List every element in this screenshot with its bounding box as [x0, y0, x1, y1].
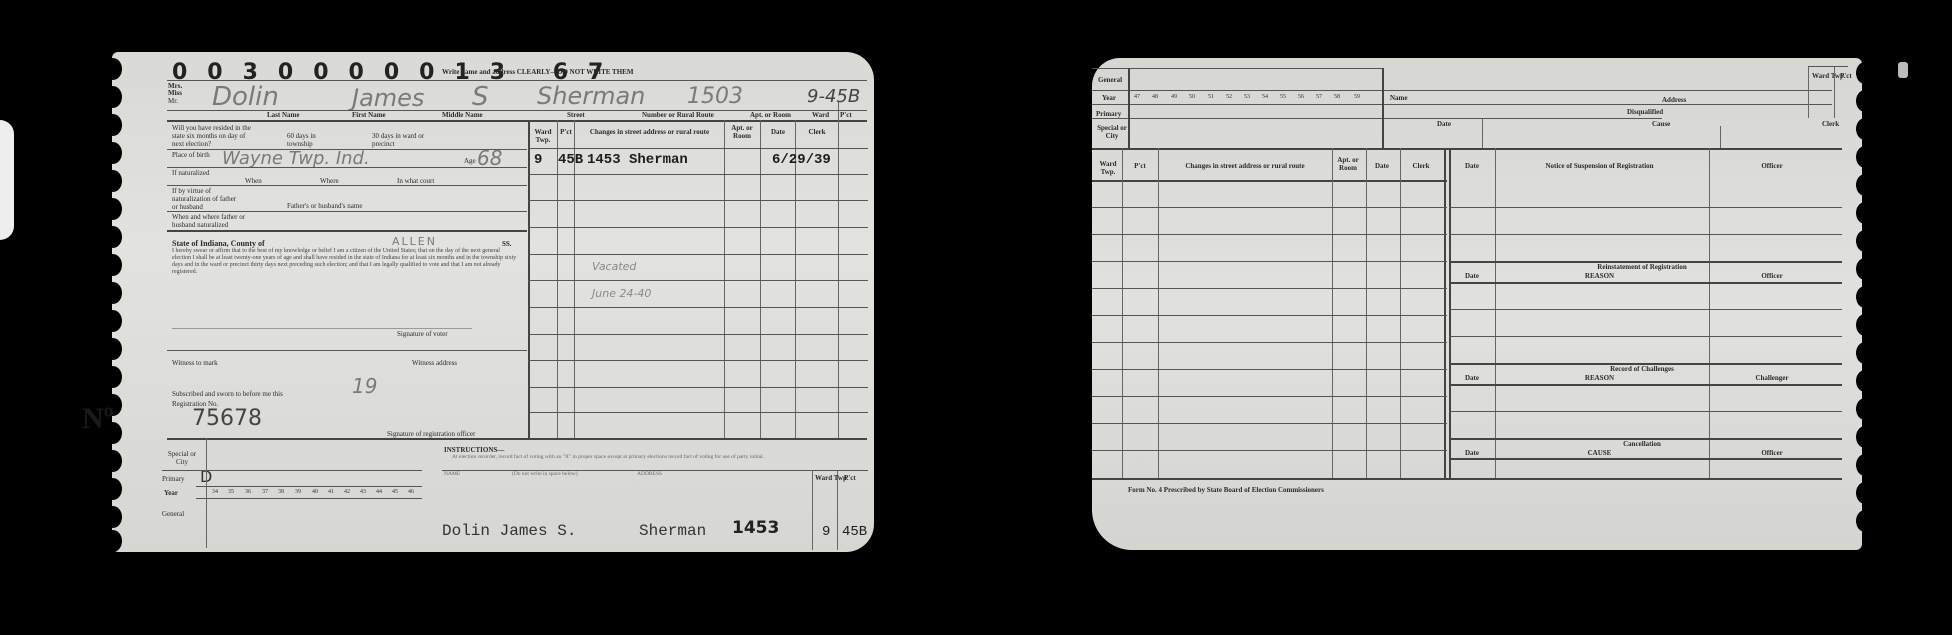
footer-pct: 45B	[842, 524, 867, 540]
first-name-value: James	[352, 84, 424, 112]
ss-label: SS.	[502, 240, 512, 248]
changes-header-date: Date	[762, 128, 794, 136]
last-name-value: Dolin	[212, 82, 279, 112]
changes-header-pct: P'ct	[558, 128, 574, 136]
year-cell: 53	[1244, 94, 1250, 100]
suspension-title: Notice of Suspension of Registration	[1497, 162, 1702, 170]
pct-label-header: P'ct	[1840, 72, 1852, 80]
year-cell: 57	[1316, 94, 1322, 100]
voter-registration-card-back: General Year Primary Special or City 47 …	[1092, 58, 1862, 550]
back-changes-header-ward: Ward Twp.	[1094, 160, 1122, 176]
reinstatement-title: Reinstatement of Registration	[1452, 263, 1832, 271]
year-cell: 55	[1280, 94, 1286, 100]
suspension-date-label: Date	[1452, 162, 1492, 170]
first-name-label: First Name	[352, 111, 386, 119]
changes-header-ward: Ward Twp.	[530, 128, 556, 144]
registration-number-value: 75678	[192, 406, 262, 431]
number-symbol: Nº	[82, 402, 114, 436]
footer-number: 1453	[732, 518, 779, 538]
year-cell: 39	[295, 489, 301, 495]
year-label: Year	[164, 489, 178, 497]
street-value: Sherman	[537, 82, 645, 110]
voter-registration-card-front: 0030000013 67 Write name and address CLE…	[112, 52, 874, 552]
cancellation-title: Cancellation	[1452, 440, 1832, 448]
form-footer: Form No. 4 Prescribed by State Board of …	[1128, 486, 1324, 494]
year-cell: 56	[1298, 94, 1304, 100]
middle-name-label: Middle Name	[442, 111, 483, 119]
cancellation-officer-label: Officer	[1712, 449, 1832, 457]
grid-label-special: Special or City	[1096, 124, 1128, 140]
residency-question-label: Will you have resided in the state six m…	[172, 124, 252, 148]
if-naturalized-label: If naturalized	[172, 169, 222, 177]
special-city-label: Special or City	[162, 450, 202, 466]
year-cell: 52	[1226, 94, 1232, 100]
back-changes-header-apt: Apt. or Room	[1332, 156, 1364, 172]
cause-label: Cause	[1652, 120, 1670, 128]
year-cell: 36	[245, 489, 251, 495]
reinstatement-date-label: Date	[1452, 272, 1492, 280]
place-of-birth-value: Wayne Twp. Ind.	[222, 148, 370, 169]
number-value: 1503	[687, 84, 743, 109]
year-cell: 38	[278, 489, 284, 495]
back-changes-header-pct: P'ct	[1124, 162, 1156, 170]
challenges-challenger-label: Challenger	[1712, 374, 1832, 382]
middle-name-value: S	[472, 82, 489, 112]
back-changes-header-clerk: Clerk	[1400, 162, 1442, 170]
address-label: Address	[1662, 96, 1686, 104]
witness-label: Witness to mark	[172, 359, 218, 367]
year-cell: 41	[328, 489, 334, 495]
adjacent-card-edge	[0, 120, 14, 240]
naturalization-virtue-label: If by virtue of naturalization of father…	[172, 187, 242, 211]
challenges-reason-label: REASON	[1497, 374, 1702, 382]
punch-hole	[92, 460, 112, 480]
subscribed-label: Subscribed and sworn to before me this	[172, 390, 283, 398]
back-changes-header-date: Date	[1366, 162, 1398, 170]
number-label: Number or Rural Route	[642, 111, 714, 119]
county-value: ALLEN	[392, 235, 437, 248]
year-cell: 34	[212, 489, 218, 495]
challenges-title: Record of Challenges	[1452, 365, 1832, 373]
court-label: In what court	[397, 177, 434, 185]
footer-street: Sherman	[639, 522, 706, 540]
street-label: Street	[567, 111, 585, 119]
year-cell: 44	[376, 489, 382, 495]
township-label: 60 days in township	[287, 132, 337, 148]
date-label-header: Date	[1437, 120, 1451, 128]
footer-pct-label: P'ct	[844, 474, 856, 482]
last-name-label: Last Name	[267, 111, 299, 119]
scalloped-edge	[1856, 58, 1872, 550]
title-mr: Mr.	[168, 97, 178, 105]
instructions-do-not-write: (Do not write in space below)	[512, 471, 578, 478]
cancellation-date-label: Date	[1452, 449, 1492, 457]
year-cell: 35	[228, 489, 234, 495]
cancellation-cause-label: CAUSE	[1497, 449, 1702, 457]
subscribed-day-value: 19	[352, 374, 377, 398]
year-cell: 45	[392, 489, 398, 495]
ward-label-top: Ward	[812, 111, 829, 119]
changes-row-note-vacated: Vacated	[592, 260, 636, 273]
footer-name: Dolin James S.	[442, 522, 576, 540]
year-cell: 37	[262, 489, 268, 495]
oath-text: I hereby swear or affirm that to the bes…	[172, 248, 517, 276]
name-label: Name	[1390, 94, 1408, 102]
voter-signature-label: Signature of voter	[397, 330, 448, 338]
grid-label-general: General	[1098, 76, 1122, 84]
changes-header-clerk: Clerk	[797, 128, 837, 136]
disqualified-label: Disqualified	[1627, 108, 1663, 116]
instructions-address: ADDRESS	[637, 471, 662, 478]
instructions-title: INSTRUCTIONS—	[444, 446, 504, 454]
year-cell: 43	[360, 489, 366, 495]
apt-label: Apt. or Room	[750, 111, 791, 119]
changes-header-apt: Apt. or Room	[726, 124, 758, 140]
state-county-label: State of Indiana, County of	[172, 240, 265, 248]
grid-label-primary: Primary	[1096, 110, 1121, 118]
changes-header-address: Changes in street address or rural route	[576, 128, 723, 136]
instructions-text: At election recorder, record fact of vot…	[452, 454, 852, 461]
father-naturalized-label: When and where father or husband natural…	[172, 213, 267, 229]
grid-label-year: Year	[1102, 94, 1116, 102]
year-cell: 47	[1134, 94, 1140, 100]
officer-signature-label: Signature of registration officer	[387, 430, 475, 438]
footer-ward: 9	[822, 524, 830, 540]
changes-row-note-date: June 24-40	[592, 287, 651, 300]
title-miss: Miss	[168, 89, 182, 97]
year-cell: 46	[408, 489, 414, 495]
place-of-birth-label: Place of birth	[172, 151, 212, 159]
year-cell: 50	[1189, 94, 1195, 100]
challenges-date-label: Date	[1452, 374, 1492, 382]
header-instruction: Write name and address CLEARLY—DO NOT WR…	[442, 68, 633, 76]
year-cell: 49	[1171, 94, 1177, 100]
changes-row-ward: 9	[534, 152, 542, 168]
father-name-label: Father's or husband's name	[287, 202, 362, 210]
year-cell: 48	[1152, 94, 1158, 100]
ward-residency-label: 30 days in ward or precinct	[372, 132, 432, 148]
year-cell: 51	[1208, 94, 1214, 100]
year-cell: 54	[1262, 94, 1268, 100]
when-label: When	[245, 177, 262, 185]
age-label: Age	[464, 157, 476, 165]
clerk-label-header: Clerk	[1822, 120, 1839, 128]
changes-row-date: 6/29/39	[772, 152, 831, 168]
general-label: General	[162, 510, 184, 518]
changes-row-address: 1453 Sherman	[587, 152, 688, 168]
primary-label: Primary	[162, 475, 185, 483]
where-label: Where	[320, 177, 339, 185]
reinstatement-officer-label: Officer	[1712, 272, 1832, 280]
stray-mark	[1898, 62, 1908, 78]
ward-pct-value: 9-45B	[807, 86, 860, 107]
reinstatement-reason-label: REASON	[1497, 272, 1702, 280]
changes-row-pct: 45B	[558, 152, 583, 168]
witness-address-label: Witness address	[412, 359, 457, 367]
year-cell: 40	[312, 489, 318, 495]
suspension-officer-label: Officer	[1712, 162, 1832, 170]
year-cell: 58	[1334, 94, 1340, 100]
year-cell: 42	[344, 489, 350, 495]
back-changes-header-address: Changes in street address or rural route	[1160, 162, 1330, 170]
instructions-name: NAME	[444, 471, 460, 478]
year-cell: 59	[1354, 94, 1360, 100]
pct-label-top: P'ct	[840, 111, 852, 119]
